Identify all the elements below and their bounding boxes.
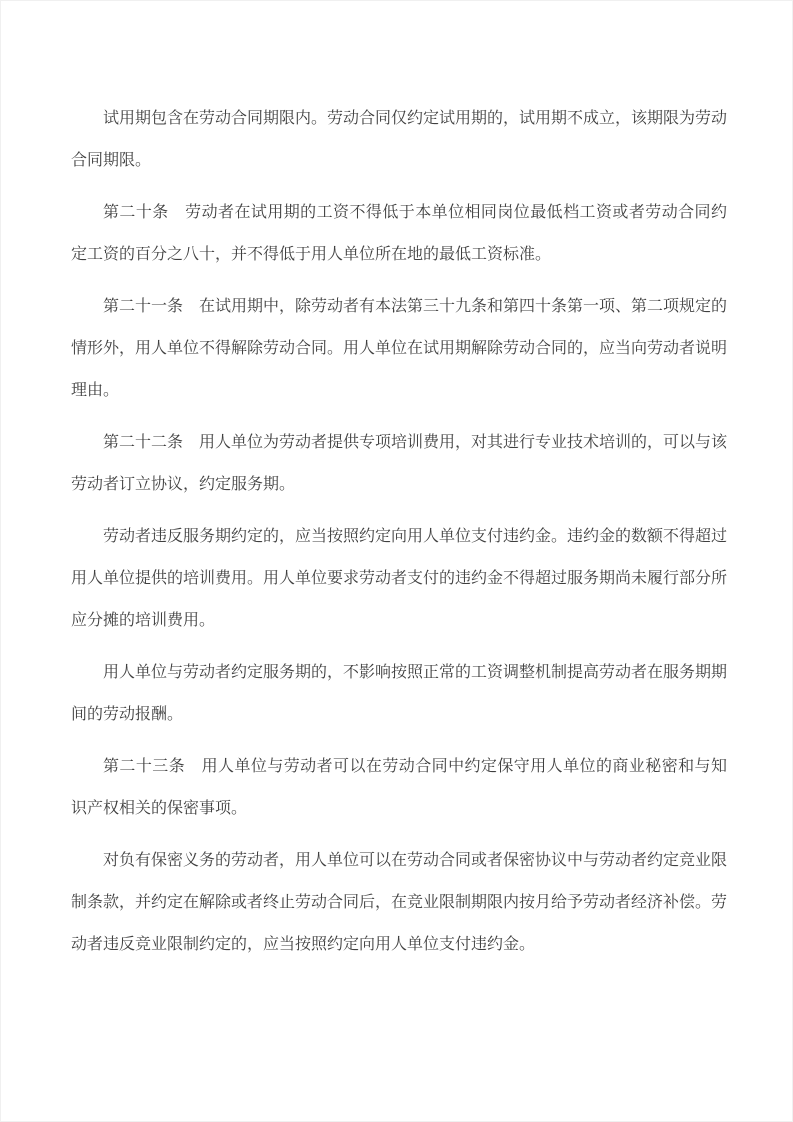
text-line: 定工资的百分之八十，并不得低于用人单位所在地的最低工资标准。 <box>71 234 727 276</box>
paragraph: 第二十一条 在试用期中，除劳动者有本法第三十九条和第四十条第一项、第二项规定的情… <box>71 286 727 412</box>
text-line: 合同期限。 <box>71 140 727 182</box>
text-line: 理由。 <box>71 370 727 412</box>
text-line: 对负有保密义务的劳动者，用人单位可以在劳动合同或者保密协议中与劳动者约定竞业限 <box>71 840 727 882</box>
paragraph: 劳动者违反服务期约定的，应当按照约定向用人单位支付违约金。违约金的数额不得超过用… <box>71 516 727 642</box>
document-body: 试用期包含在劳动合同期限内。劳动合同仅约定试用期的，试用期不成立，该期限为劳动合… <box>1 1 727 966</box>
text-line: 第二十三条 用人单位与劳动者可以在劳动合同中约定保守用人单位的商业秘密和与知 <box>71 746 727 788</box>
paragraph: 第二十条 劳动者在试用期的工资不得低于本单位相同岗位最低档工资或者劳动合同约定工… <box>71 192 727 276</box>
text-line: 劳动者订立协议，约定服务期。 <box>71 464 727 506</box>
text-line: 第二十一条 在试用期中，除劳动者有本法第三十九条和第四十条第一项、第二项规定的 <box>71 286 727 328</box>
paragraph: 试用期包含在劳动合同期限内。劳动合同仅约定试用期的，试用期不成立，该期限为劳动合… <box>71 98 727 182</box>
text-line: 劳动者违反服务期约定的，应当按照约定向用人单位支付违约金。违约金的数额不得超过 <box>71 516 727 558</box>
text-line: 动者违反竞业限制约定的，应当按照约定向用人单位支付违约金。 <box>71 924 727 966</box>
text-line: 应分摊的培训费用。 <box>71 600 727 642</box>
text-line: 情形外，用人单位不得解除劳动合同。用人单位在试用期解除劳动合同的，应当向劳动者说… <box>71 328 727 370</box>
text-line: 用人单位与劳动者约定服务期的，不影响按照正常的工资调整机制提高劳动者在服务期期 <box>71 652 727 694</box>
paragraph: 第二十二条 用人单位为劳动者提供专项培训费用，对其进行专业技术培训的，可以与该劳… <box>71 422 727 506</box>
text-line: 间的劳动报酬。 <box>71 694 727 736</box>
text-line: 制条款，并约定在解除或者终止劳动合同后，在竞业限制期限内按月给予劳动者经济补偿。… <box>71 882 727 924</box>
text-line: 试用期包含在劳动合同期限内。劳动合同仅约定试用期的，试用期不成立，该期限为劳动 <box>71 98 727 140</box>
paragraph: 用人单位与劳动者约定服务期的，不影响按照正常的工资调整机制提高劳动者在服务期期间… <box>71 652 727 736</box>
paragraph: 对负有保密义务的劳动者，用人单位可以在劳动合同或者保密协议中与劳动者约定竞业限制… <box>71 840 727 966</box>
paragraph: 第二十三条 用人单位与劳动者可以在劳动合同中约定保守用人单位的商业秘密和与知识产… <box>71 746 727 830</box>
text-line: 第二十二条 用人单位为劳动者提供专项培训费用，对其进行专业技术培训的，可以与该 <box>71 422 727 464</box>
text-line: 第二十条 劳动者在试用期的工资不得低于本单位相同岗位最低档工资或者劳动合同约 <box>71 192 727 234</box>
text-line: 识产权相关的保密事项。 <box>71 788 727 830</box>
document-page: 试用期包含在劳动合同期限内。劳动合同仅约定试用期的，试用期不成立，该期限为劳动合… <box>0 0 793 1122</box>
text-line: 用人单位提供的培训费用。用人单位要求劳动者支付的违约金不得超过服务期尚未履行部分… <box>71 558 727 600</box>
